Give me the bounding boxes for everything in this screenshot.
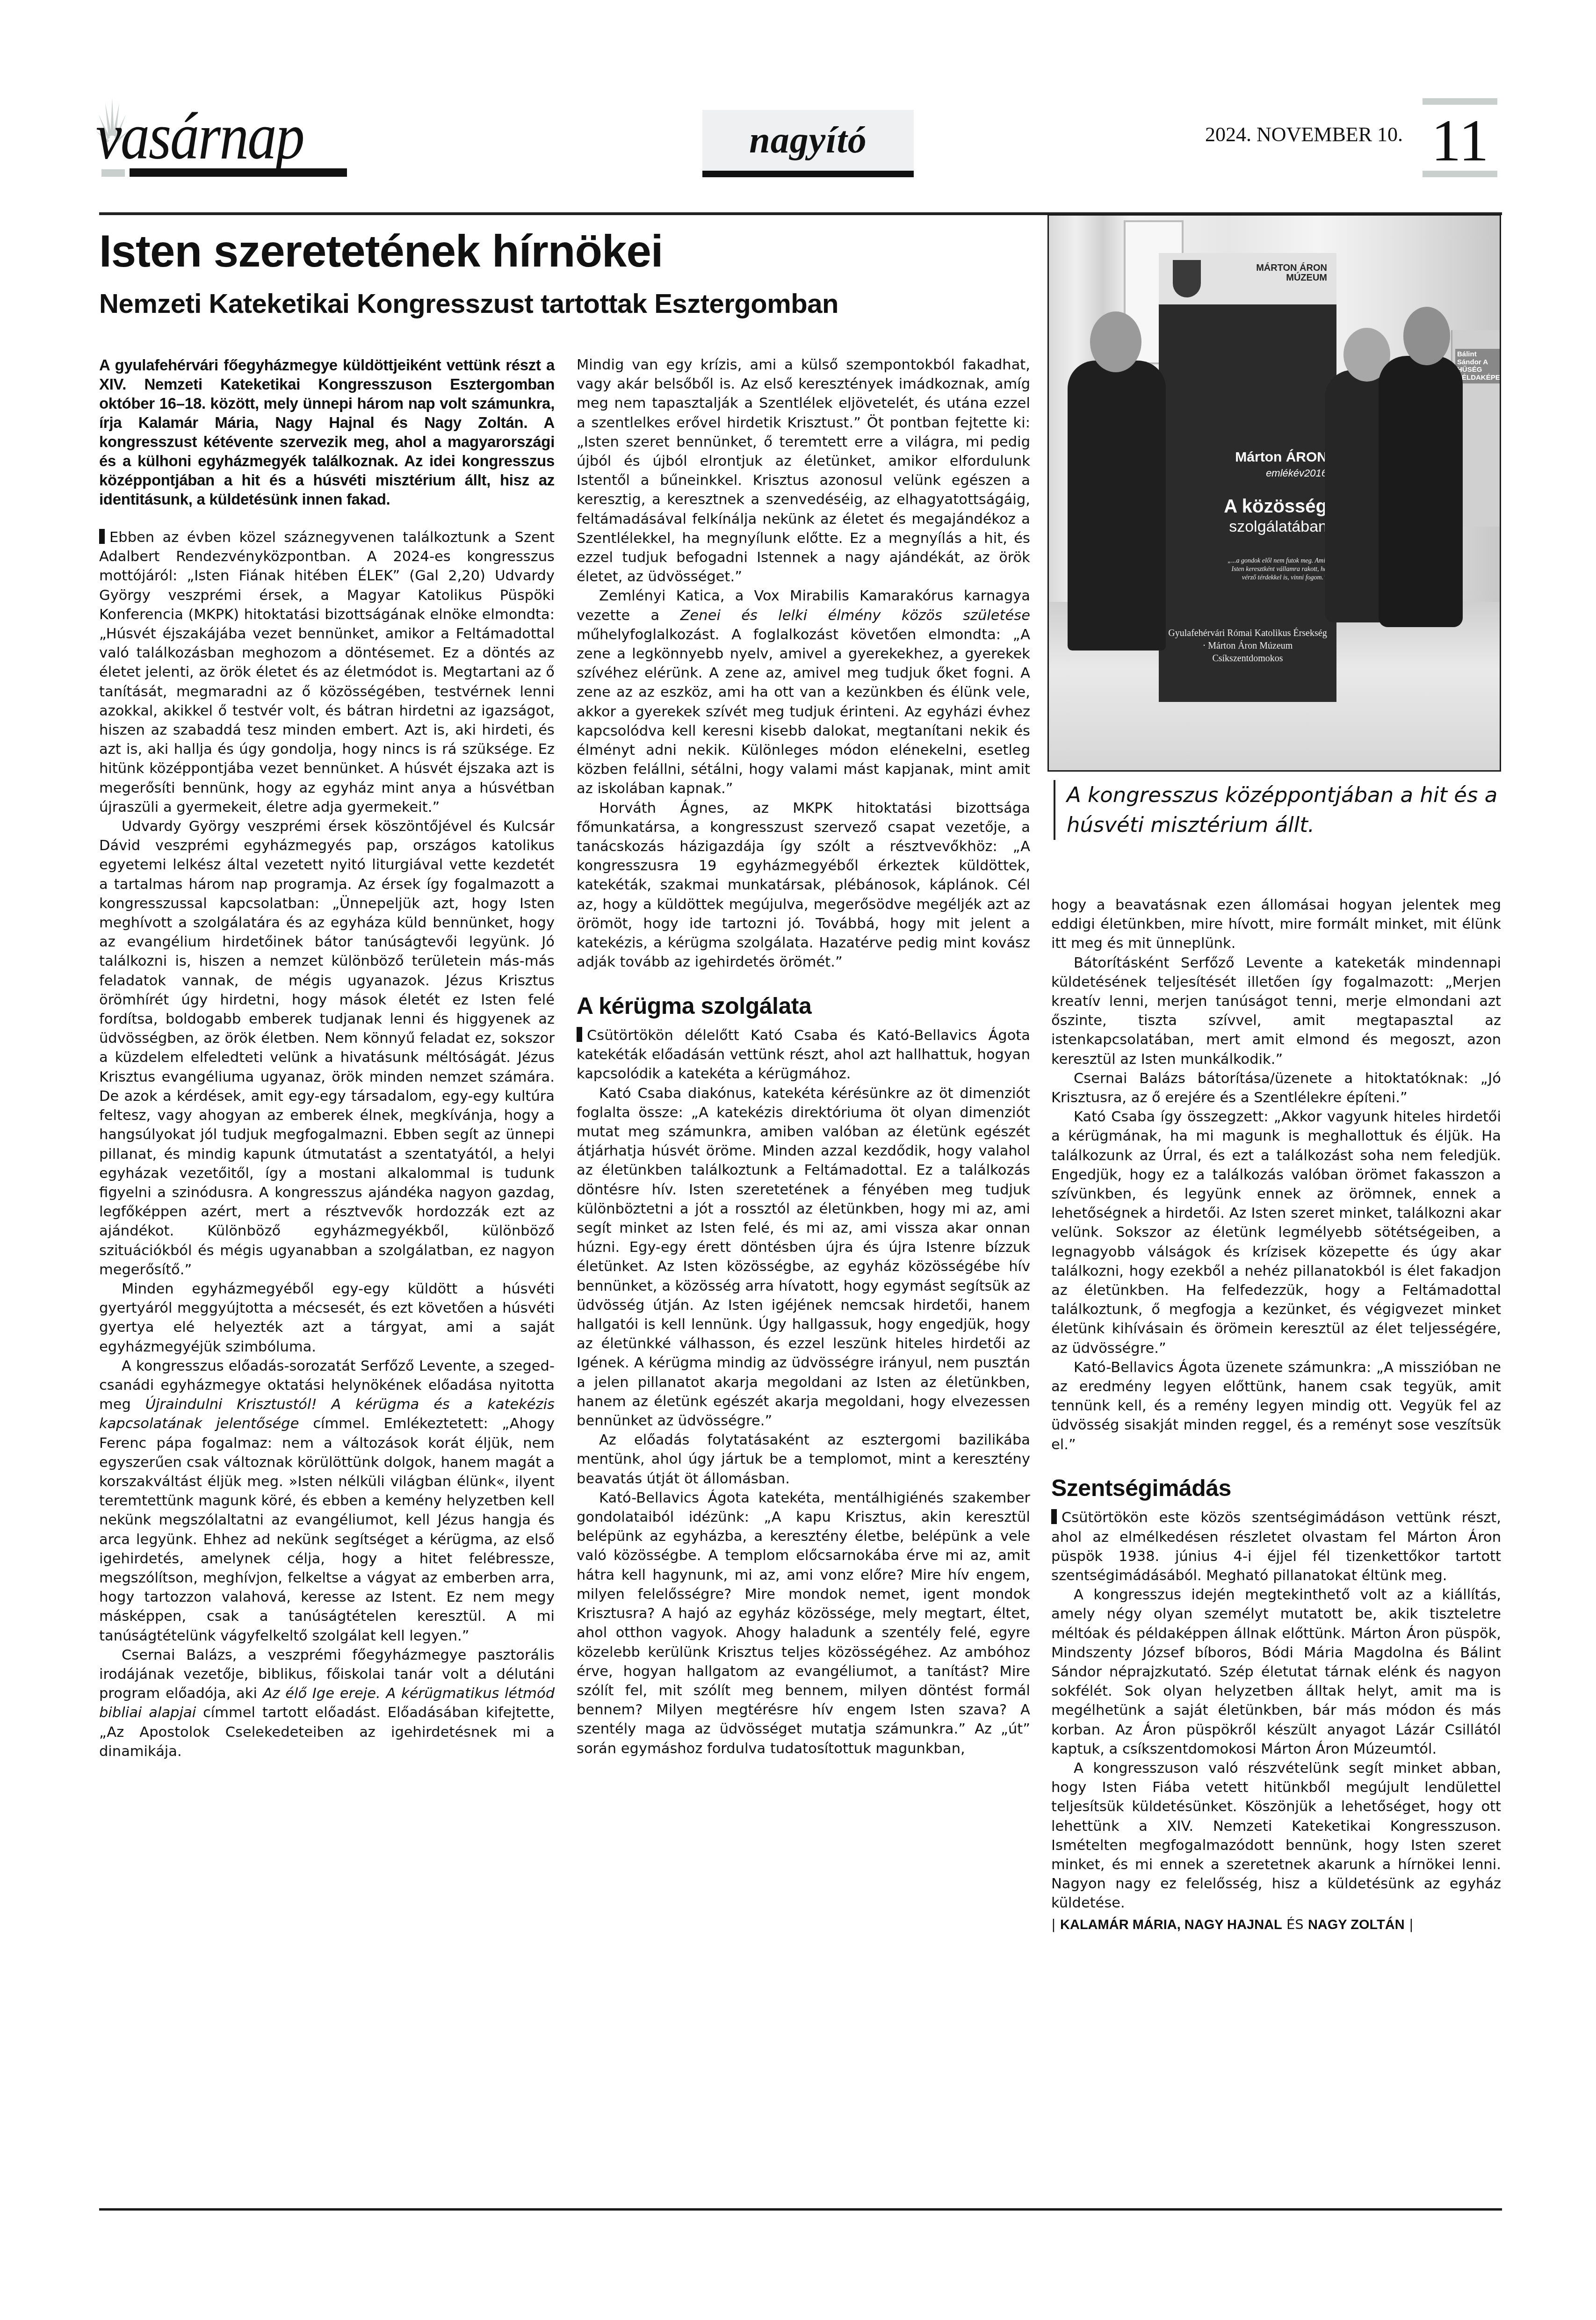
- article-column-1: A gyulafehérvári főegyházmegye küldöttje…: [99, 355, 555, 1761]
- photo-person-3: [1379, 356, 1463, 627]
- paragraph: A kongresszus idején megtekinthető volt …: [1051, 1585, 1501, 1759]
- photo-person-3-head: [1403, 307, 1450, 365]
- paragraph: Kató Csaba így összegzett: „Akkor vagyun…: [1051, 1107, 1501, 1358]
- paragraph: Minden egyházmegyéből egy-egy küldött a …: [99, 1279, 555, 1357]
- section-heading: Szentségimádás: [1051, 1475, 1501, 1502]
- paragraph: Zemlényi Katica, a Vox Mirabilis Kamarak…: [577, 586, 1030, 798]
- photo-person-1: [1068, 361, 1166, 650]
- paragraph: Csernai Balázs, a veszprémi főegyházmegy…: [99, 1646, 555, 1761]
- coat-of-arms-icon: [1173, 260, 1201, 297]
- paragraph: A kongresszuson való részvételünk segít …: [1051, 1759, 1501, 1913]
- paragraph: Kató-Bellavics Ágota katekéta, mentálhig…: [577, 1489, 1030, 1758]
- banner-year-sub: emlékév2016: [1187, 467, 1327, 479]
- paragraph: Csernai Balázs bátorítása/üzenete a hito…: [1051, 1069, 1501, 1107]
- paragraph: Csütörtökön délelőtt Kató Csaba és Kató-…: [577, 1026, 1030, 1084]
- banner-headline: A közösség: [1168, 496, 1327, 517]
- banner-museum-logo: MÁRTON ÁRON MÚZEUM: [1252, 263, 1327, 283]
- paragraph-marker-icon: [577, 1027, 582, 1042]
- article-title: Isten szeretetének hírnökei: [99, 224, 663, 278]
- article-byline: | KALAMÁR MÁRIA, NAGY HAJNAL ÉS NAGY ZOL…: [1051, 1915, 1501, 1935]
- logo-text: vasárnap: [96, 103, 303, 169]
- pull-quote: A kongresszus középpontjában a hit és a …: [1054, 780, 1506, 840]
- paragraph: hogy a beavatásnak ezen állomásai hogyan…: [1051, 896, 1501, 954]
- paragraph: Mindig van egy krízis, ami a külső szemp…: [577, 355, 1030, 586]
- article-lead: A gyulafehérvári főegyházmegye küldöttje…: [99, 355, 555, 509]
- logo-underline: [130, 168, 347, 177]
- author-name: NAGY ZOLTÁN: [1308, 1917, 1405, 1932]
- banner-footer: Gyulafehérvári Római Katolikus Érsekség …: [1168, 627, 1327, 665]
- section-label: nagyító: [749, 119, 867, 162]
- paragraph: Kató-Bellavics Ágota üzenete számunkra: …: [1051, 1358, 1501, 1454]
- author-names: KALAMÁR MÁRIA, NAGY HAJNAL: [1060, 1917, 1282, 1932]
- paragraph-marker-icon: [1051, 1509, 1057, 1524]
- section-heading: A kérügma szolgálata: [577, 993, 1030, 1020]
- article-column-2: Mindig van egy krízis, ami a külső szemp…: [577, 355, 1030, 1758]
- article-photo: Bálint Sándor A HŰSÉG PÉLDAKÉPE MÁRTON Á…: [1047, 214, 1501, 772]
- paragraph: Az előadás folytatásaként az esztergomi …: [577, 1431, 1030, 1489]
- section-label-box: nagyító: [702, 110, 914, 171]
- photo-rollup-banner: MÁRTON ÁRON MÚZEUM Márton ÁRON emlékév20…: [1159, 253, 1336, 702]
- article-column-3: hogy a beavatásnak ezen állomásai hogyan…: [1051, 896, 1501, 1935]
- footer-rule: [99, 2208, 1502, 2211]
- paragraph: Bátorításként Serfőző Levente a kateketá…: [1051, 954, 1501, 1069]
- paragraph: Horváth Ágnes, az MKPK hitoktatási bizot…: [577, 799, 1030, 972]
- paragraph: Udvardy György veszprémi érsek köszöntőj…: [99, 817, 555, 1279]
- page-number-bar-top: [1423, 98, 1497, 105]
- banner-quote: „...a gondok elől nem futok meg. Amit Is…: [1224, 557, 1327, 583]
- masthead-logo: vasárnap: [96, 98, 348, 173]
- photo-person-1-head: [1090, 311, 1141, 372]
- page-number-bar-bottom: [1423, 171, 1497, 177]
- page-number: 11: [1423, 110, 1497, 170]
- section-label-underline: [702, 171, 914, 177]
- issue-date: 2024. NOVEMBER 10.: [1178, 123, 1403, 146]
- paragraph-marker-icon: [99, 529, 105, 544]
- paragraph: Ebben az évben közel száznegyvenen talál…: [99, 528, 555, 817]
- banner-year-title: Márton ÁRON: [1187, 449, 1327, 465]
- workshop-title: Zenei és lelki élmény közös születése: [680, 607, 1030, 624]
- logo-underline-accent: [101, 169, 125, 177]
- banner-headline-2: szolgálatában: [1168, 518, 1327, 536]
- article-subtitle: Nemzeti Kateketikai Kongresszust tartott…: [99, 288, 838, 320]
- paragraph: Kató Csaba diakónus, katekéta kérésünkre…: [577, 1084, 1030, 1431]
- paragraph: Csütörtökön este közös szentségimádáson …: [1051, 1508, 1501, 1585]
- paragraph: A kongresszus előadás-sorozatát Serfőző …: [99, 1357, 555, 1646]
